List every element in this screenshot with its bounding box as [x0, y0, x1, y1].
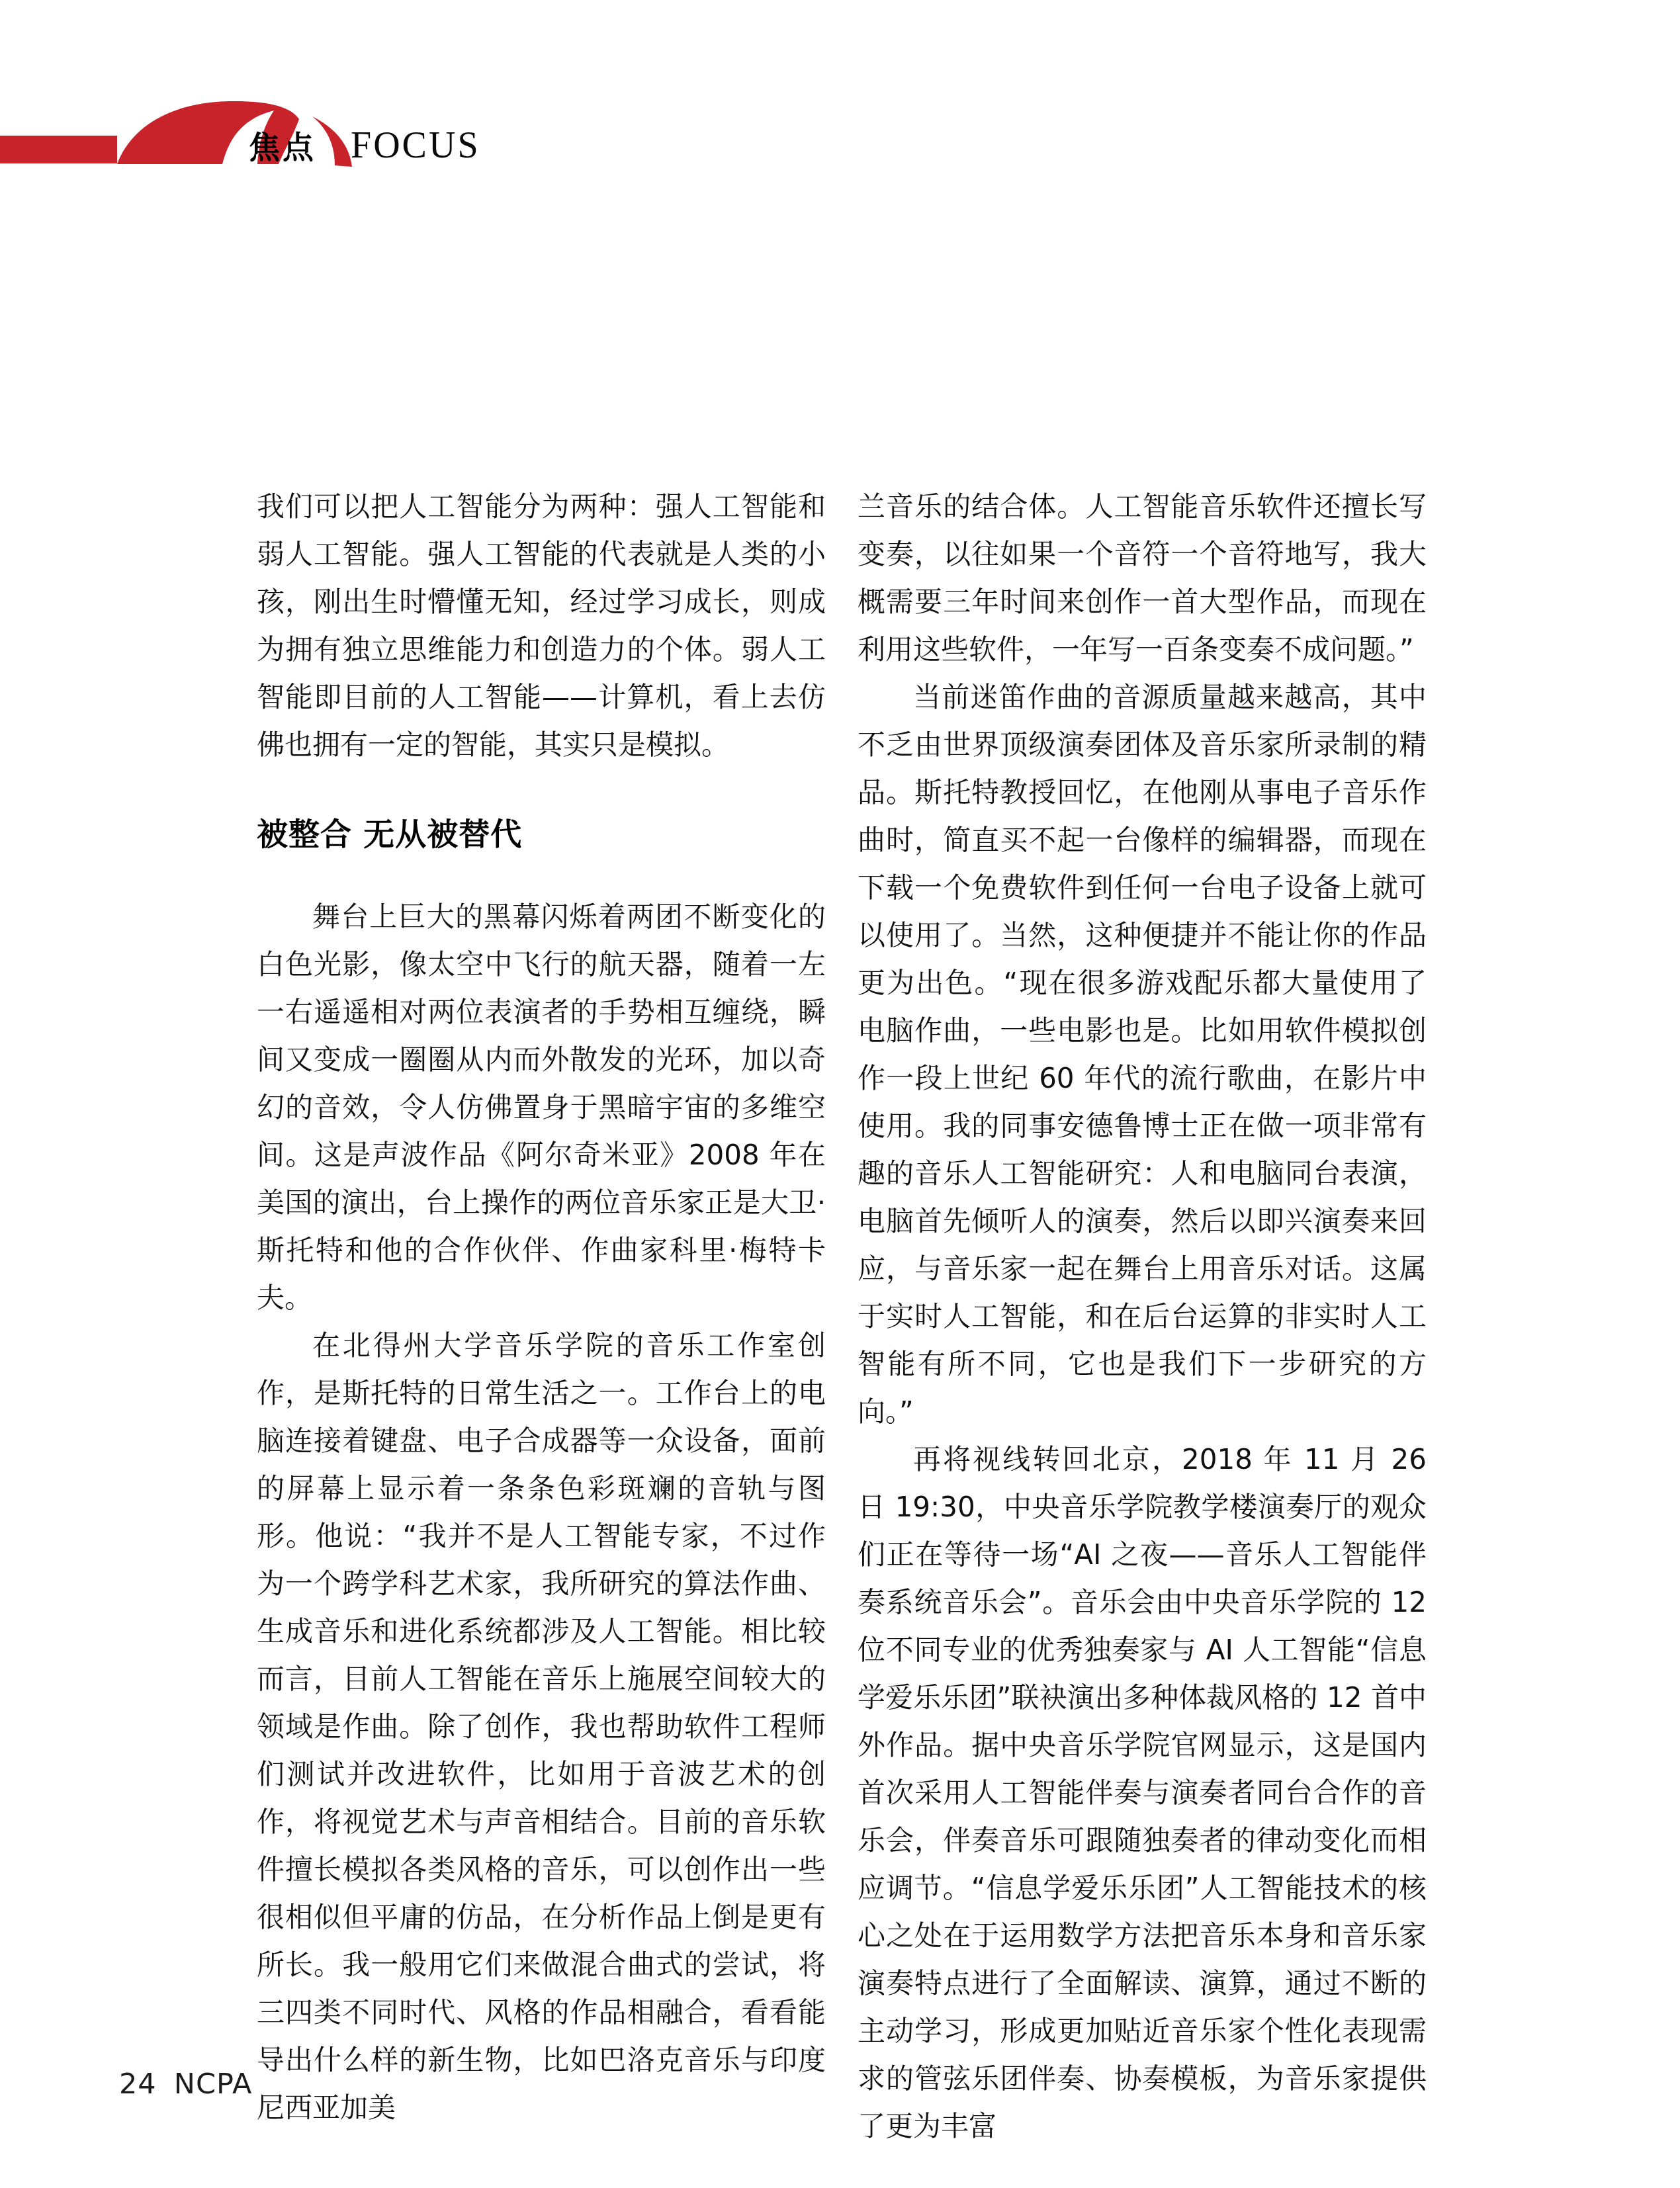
magazine-brand: NCPA: [174, 2068, 253, 2101]
article-column-left: 我们可以把人工智能分为两种：强人工智能和弱人工智能。强人工智能的代表就是人类的小…: [257, 483, 826, 2132]
page-number: 24: [119, 2068, 157, 2101]
paragraph: 当前迷笛作曲的音源质量越来越高，其中不乏由世界顶级演奏团体及音乐家所录制的精品。…: [858, 674, 1427, 1436]
article-column-right: 兰音乐的结合体。人工智能音乐软件还擅长写变奏，以往如果一个音符一个音符地写，我大…: [858, 483, 1427, 2150]
paragraph: 舞台上巨大的黑幕闪烁着两团不断变化的白色光影，像太空中飞行的航天器，随着一左一右…: [257, 893, 826, 1322]
masthead: 焦点 FOCUS: [0, 0, 1680, 198]
section-title-chinese: 焦点: [249, 131, 316, 165]
paragraph: 我们可以把人工智能分为两种：强人工智能和弱人工智能。强人工智能的代表就是人类的小…: [257, 483, 826, 769]
section-title-english: FOCUS: [351, 127, 480, 164]
paragraph: 再将视线转回北京，2018 年 11 月 26 日 19:30，中央音乐学院教学…: [858, 1436, 1427, 2150]
subsection-heading: 被整合 无从被替代: [257, 811, 826, 859]
crescent-ribbon-shape: [312, 116, 352, 167]
paragraph: 兰音乐的结合体。人工智能音乐软件还擅长写变奏，以往如果一个音符一个音符地写，我大…: [858, 483, 1427, 674]
page-footer: 24NCPA: [119, 2068, 253, 2100]
magazine-page: 焦点 FOCUS 我们可以把人工智能分为两种：强人工智能和弱人工智能。强人工智能…: [0, 0, 1680, 2188]
paragraph: 在北得州大学音乐学院的音乐工作室创作，是斯托特的日常生活之一。工作台上的电脑连接…: [257, 1322, 826, 2132]
